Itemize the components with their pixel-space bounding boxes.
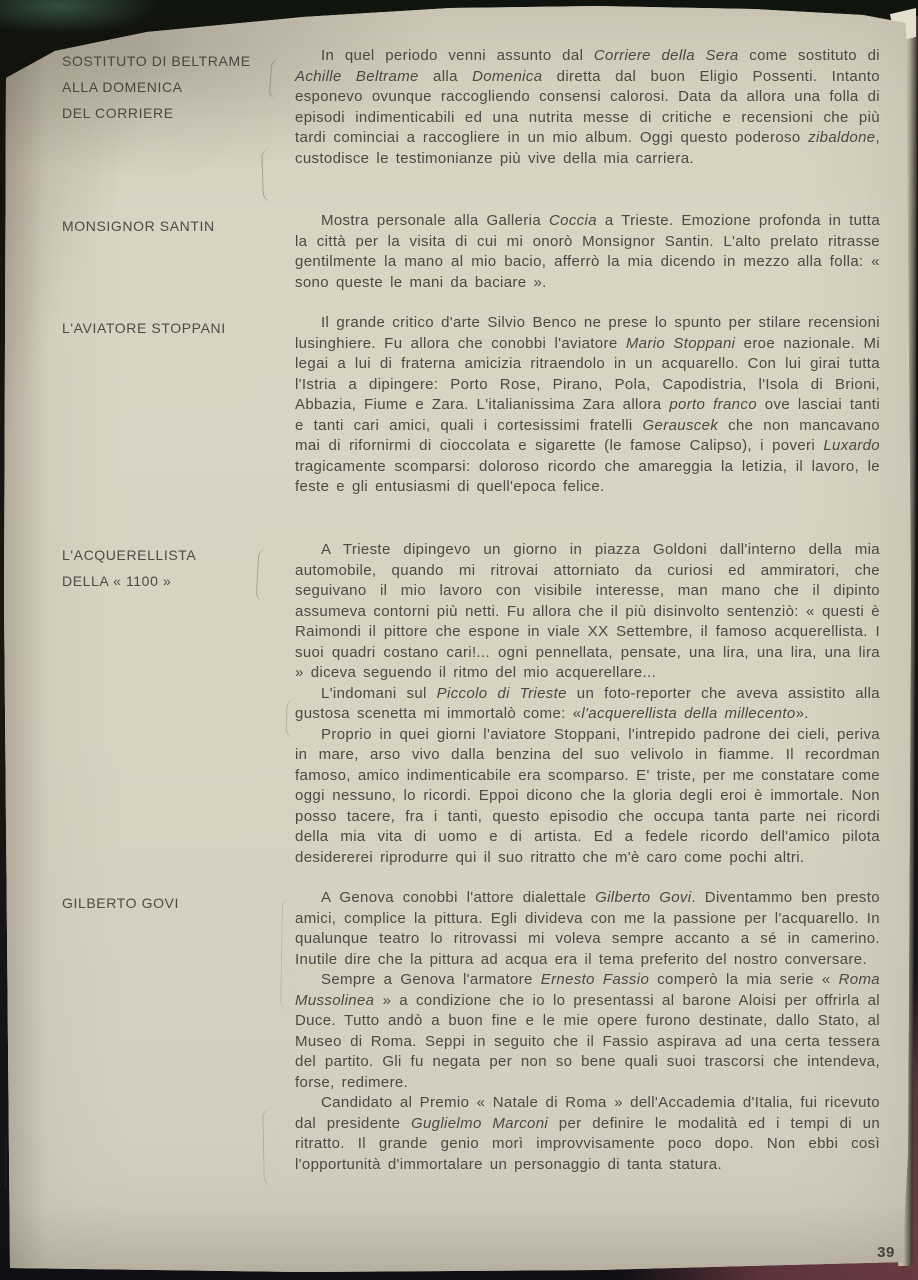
margin-heading-line: L'AVIATORE STOPPANI (62, 315, 287, 341)
margin-heading: SOSTITUTO DI BELTRAMEALLA DOMENICADEL CO… (62, 46, 287, 126)
book-photo: SOSTITUTO DI BELTRAMEALLA DOMENICADEL CO… (0, 0, 918, 1280)
paper-crease (5, 1136, 15, 1188)
paragraph: Candidato al Premio « Natale di Roma » d… (295, 1093, 880, 1175)
paragraph: Sempre a Genova l'armatore Ernesto Fassi… (295, 970, 880, 1093)
section-text: Il grande critico d'arte Silvio Benco ne… (295, 313, 880, 498)
section-aviatore-stoppani: L'AVIATORE STOPPANIIl grande critico d'a… (62, 313, 882, 520)
text-segment: alla (419, 68, 472, 85)
text-segment: Achille Beltrame (295, 68, 419, 85)
section-monsignor-santin: MONSIGNOR SANTINMostra personale alla Ga… (62, 211, 882, 293)
text-segment: come sostituto di (739, 47, 880, 64)
section-gilberto-govi: GILBERTO GOVIA Genova conobbi l'attore d… (62, 888, 882, 1175)
section-text: A Genova conobbi l'attore dialettale Gil… (295, 888, 880, 1175)
text-segment: Luxardo (823, 437, 880, 454)
margin-heading-line: L'ACQUERELLISTA (62, 542, 287, 568)
text-segment: porto franco (669, 396, 757, 413)
margin-heading-line: ALLA DOMENICA (62, 74, 287, 100)
text-segment: » a condizione che io lo presentassi al … (295, 992, 880, 1091)
section-acquerellista-della-1100: L'ACQUERELLISTADELLA « 1100 »A Trieste d… (62, 540, 882, 868)
paragraph: Proprio in quei giorni l'aviatore Stoppa… (295, 725, 880, 869)
margin-heading: MONSIGNOR SANTIN (62, 211, 287, 239)
text-segment: Piccolo di Trieste (437, 685, 567, 702)
margin-heading-line: DEL CORRIERE (62, 100, 287, 126)
margin-heading-line: SOSTITUTO DI BELTRAME (62, 48, 287, 74)
text-segment: A Genova conobbi l'attore dialettale (321, 889, 595, 906)
text-segment: In quel periodo venni assunto dal (321, 47, 594, 64)
paragraph: A Trieste dipingevo un giorno in piazza … (295, 540, 880, 684)
margin-mark (262, 1108, 273, 1186)
section-text: Mostra personale alla Galleria Coccia a … (295, 211, 880, 293)
text-segment: Proprio in quei giorni l'aviatore Stoppa… (295, 726, 880, 866)
section-text: In quel periodo venni assunto dal Corrie… (295, 46, 880, 169)
text-segment: l'acquerellista della millecento (581, 705, 795, 722)
text-segment: Mostra personale alla Galleria (321, 212, 549, 229)
margin-heading-line: GILBERTO GOVI (62, 890, 287, 916)
text-segment: Gerauscek (643, 417, 719, 434)
margin-mark (285, 698, 296, 738)
paragraph: In quel periodo venni assunto dal Corrie… (295, 46, 880, 169)
paragraph: Il grande critico d'arte Silvio Benco ne… (295, 313, 880, 498)
margin-heading-line: DELLA « 1100 » (62, 568, 287, 594)
text-segment: A Trieste dipingevo un giorno in piazza … (295, 541, 880, 681)
text-segment: Sempre a Genova l'armatore (321, 971, 541, 988)
page-content: SOSTITUTO DI BELTRAMEALLA DOMENICADEL CO… (62, 46, 882, 1195)
sections: SOSTITUTO DI BELTRAMEALLA DOMENICADEL CO… (62, 46, 882, 1175)
page-number: 39 (866, 1244, 906, 1261)
text-segment: Mario Stoppani (626, 335, 736, 352)
margin-mark (261, 148, 273, 202)
paragraph: L'indomani sul Piccolo di Trieste un fot… (295, 684, 880, 725)
book-page: SOSTITUTO DI BELTRAMEALLA DOMENICADEL CO… (0, 0, 918, 1280)
text-segment: Domenica (472, 68, 542, 85)
text-segment: Ernesto Fassio (541, 971, 649, 988)
text-segment: comperò la mia serie « (649, 971, 838, 988)
section-sostituto-di-beltrame: SOSTITUTO DI BELTRAMEALLA DOMENICADEL CO… (62, 46, 882, 191)
margin-heading-line: MONSIGNOR SANTIN (62, 213, 287, 239)
text-segment: Corriere della Sera (594, 47, 739, 64)
text-segment: L'indomani sul (321, 685, 437, 702)
text-segment: Coccia (549, 212, 597, 229)
text-segment: ». (796, 705, 809, 722)
margin-heading: L'ACQUERELLISTADELLA « 1100 » (62, 540, 287, 594)
paragraph: Mostra personale alla Galleria Coccia a … (295, 211, 880, 293)
text-segment: tragicamente scomparsi: doloroso ricordo… (295, 458, 880, 496)
margin-mark (280, 898, 292, 1010)
margin-heading: GILBERTO GOVI (62, 888, 287, 916)
section-text: A Trieste dipingevo un giorno in piazza … (295, 540, 880, 868)
text-segment: Gilberto Govi (595, 889, 691, 906)
text-segment: zibaldone (808, 129, 875, 146)
margin-heading: L'AVIATORE STOPPANI (62, 313, 287, 341)
paragraph: A Genova conobbi l'attore dialettale Gil… (295, 888, 880, 970)
text-segment: Guglielmo Marconi (411, 1115, 548, 1132)
